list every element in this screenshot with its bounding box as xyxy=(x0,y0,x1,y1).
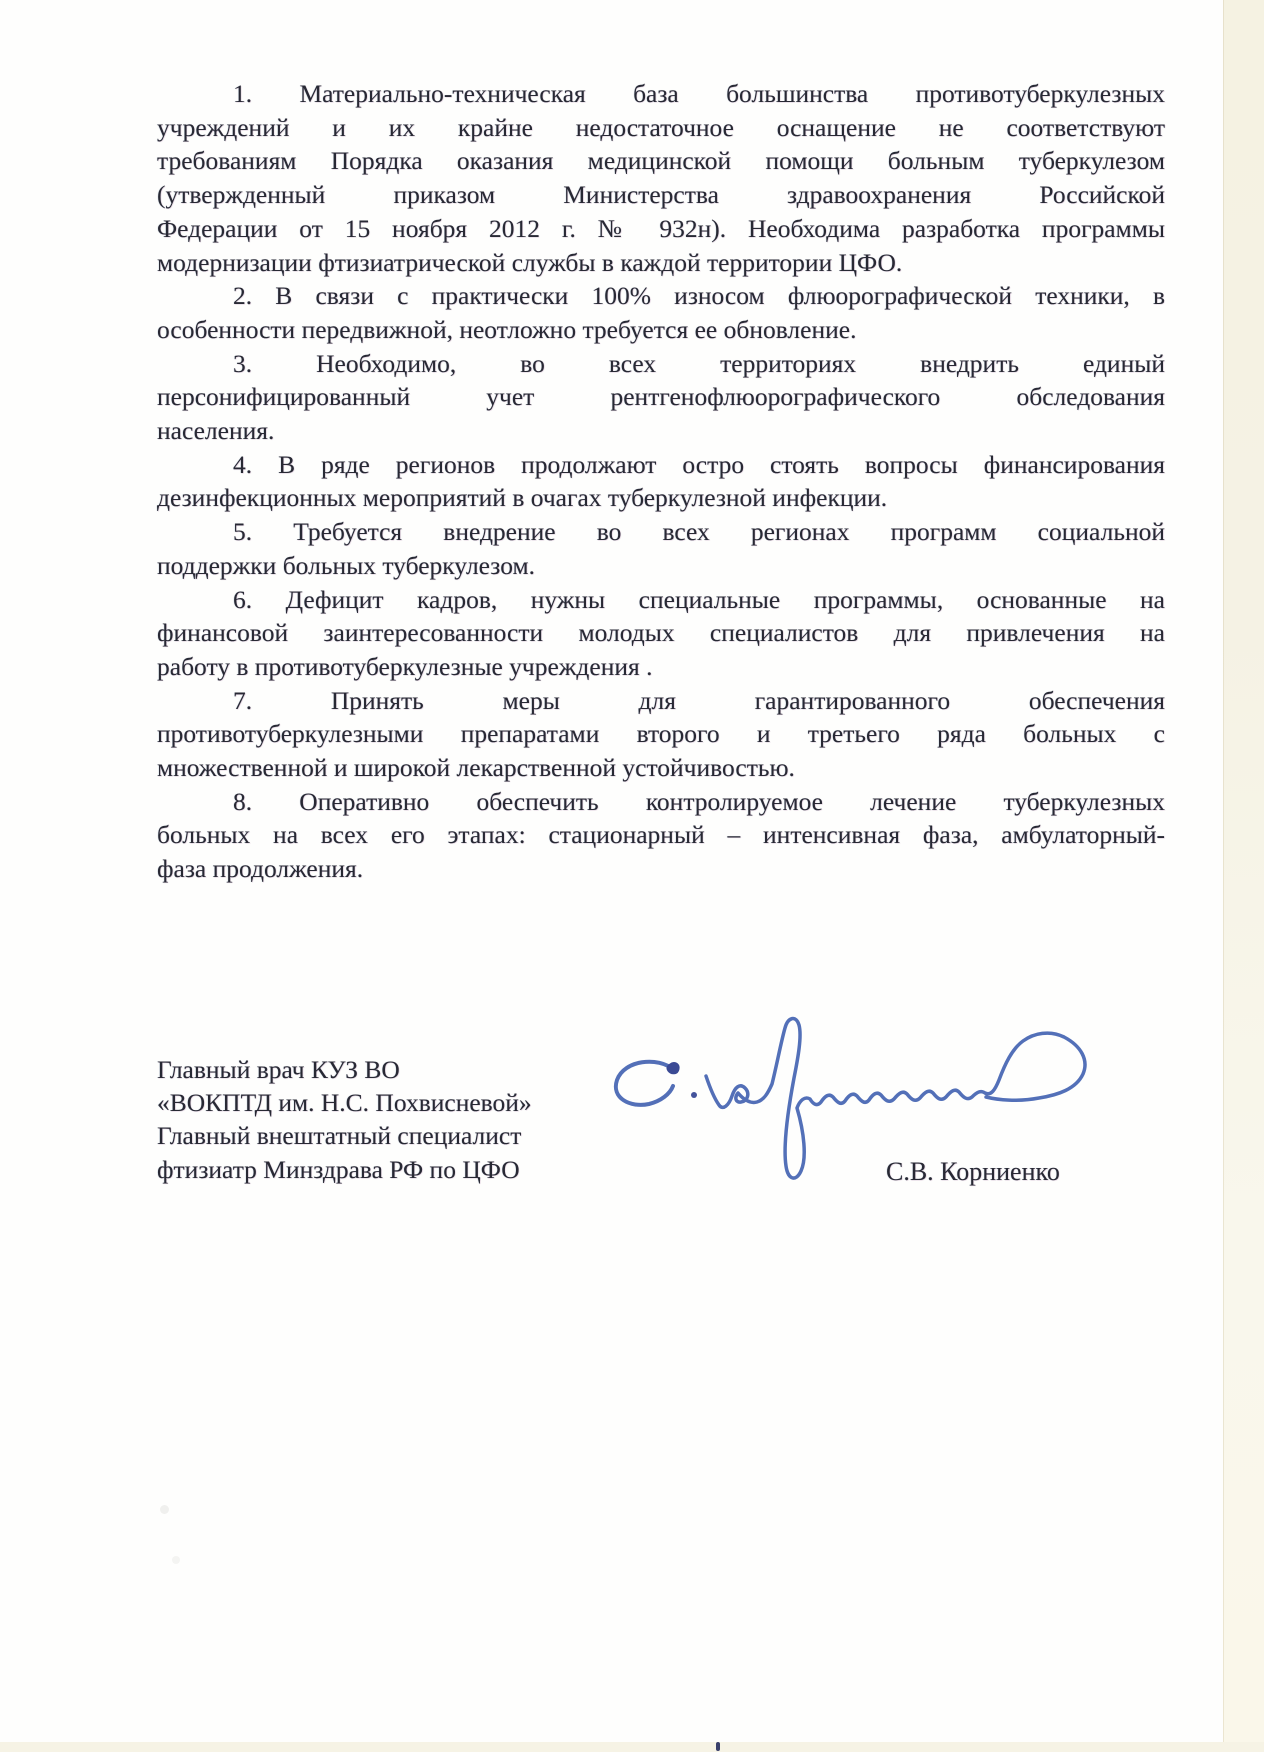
scan-artifact xyxy=(160,1505,169,1514)
paragraph-line: особенности передвижной, неотложно требу… xyxy=(157,313,1165,347)
paragraph: 7. Принять меры для гарантированного обе… xyxy=(157,684,1165,785)
paragraph-line: поддержки больных туберкулезом. xyxy=(157,549,1165,583)
scan-edge-right xyxy=(1223,0,1264,1752)
paragraph-line: требованиям Порядка оказания медицинской… xyxy=(157,144,1165,178)
paragraph: 6. Дефицит кадров, нужны специальные про… xyxy=(157,583,1165,684)
paragraph-line: учреждений и их крайне недостаточное осн… xyxy=(157,111,1165,145)
paragraph-line: больных на всех его этапах: стационарный… xyxy=(157,818,1165,852)
paragraph-line: 4. В ряде регионов продолжают остро стоя… xyxy=(157,448,1165,482)
paragraph: 5. Требуется внедрение во всех регионах … xyxy=(157,515,1165,582)
document-page: 1. Материально-техническая база большинс… xyxy=(0,0,1264,1752)
paragraph-line: работу в противотуберкулезные учреждения… xyxy=(157,650,1165,684)
paragraph-line: 6. Дефицит кадров, нужны специальные про… xyxy=(157,583,1165,617)
scan-edge-bottom xyxy=(0,1742,1264,1752)
paragraph-line: персонифицированный учет рентгенофлюорог… xyxy=(157,380,1165,414)
paragraph-line: фаза продолжения. xyxy=(157,852,1165,886)
paragraph-line: дезинфекционных мероприятий в очагах туб… xyxy=(157,481,1165,515)
paragraph-line: финансовой заинтересованности молодых сп… xyxy=(157,616,1165,650)
paragraph: 1. Материально-техническая база большинс… xyxy=(157,77,1165,279)
paragraph-line: 8. Оперативно обеспечить контролируемое … xyxy=(157,785,1165,819)
paragraph-line: 1. Материально-техническая база большинс… xyxy=(157,77,1165,111)
paragraph-line: модернизации фтизиатрической службы в ка… xyxy=(157,246,1165,280)
signature-block: Главный врач КУЗ ВО «ВОКПТД им. Н.С. Пох… xyxy=(157,1053,532,1186)
paragraph-line: противотуберкулезными препаратами второг… xyxy=(157,717,1165,751)
paragraph-line: множественной и широкой лекарственной ус… xyxy=(157,751,1165,785)
body-text: 1. Материально-техническая база большинс… xyxy=(157,77,1165,886)
scan-artifact xyxy=(172,1556,180,1564)
paragraph-line: 7. Принять меры для гарантированного обе… xyxy=(157,684,1165,718)
signature-block-line: Главный внештатный специалист xyxy=(157,1119,532,1152)
paragraph: 3. Необходимо, во всех территориях внедр… xyxy=(157,347,1165,448)
paragraph-line: 2. В связи с практически 100% износом фл… xyxy=(157,279,1165,313)
paragraph-line: (утвержденный приказом Министерства здра… xyxy=(157,178,1165,212)
paragraph: 4. В ряде регионов продолжают остро стоя… xyxy=(157,448,1165,515)
paragraph-line: Федерации от 15 ноября 2012 г. № 932н). … xyxy=(157,212,1165,246)
signature-block-line: фтизиатр Минздрава РФ по ЦФО xyxy=(157,1153,532,1186)
paragraph-line: 3. Необходимо, во всех территориях внедр… xyxy=(157,347,1165,381)
scan-artifact xyxy=(716,1742,720,1751)
paragraph-line: 5. Требуется внедрение во всех регионах … xyxy=(157,515,1165,549)
signature-block-line: Главный врач КУЗ ВО xyxy=(157,1053,532,1086)
paragraph-line: населения. xyxy=(157,414,1165,448)
signature-block-line: «ВОКПТД им. Н.С. Похвисневой» xyxy=(157,1086,532,1119)
paragraph: 8. Оперативно обеспечить контролируемое … xyxy=(157,785,1165,886)
paragraph: 2. В связи с практически 100% износом фл… xyxy=(157,279,1165,346)
handwritten-signature-icon xyxy=(600,1000,1130,1200)
